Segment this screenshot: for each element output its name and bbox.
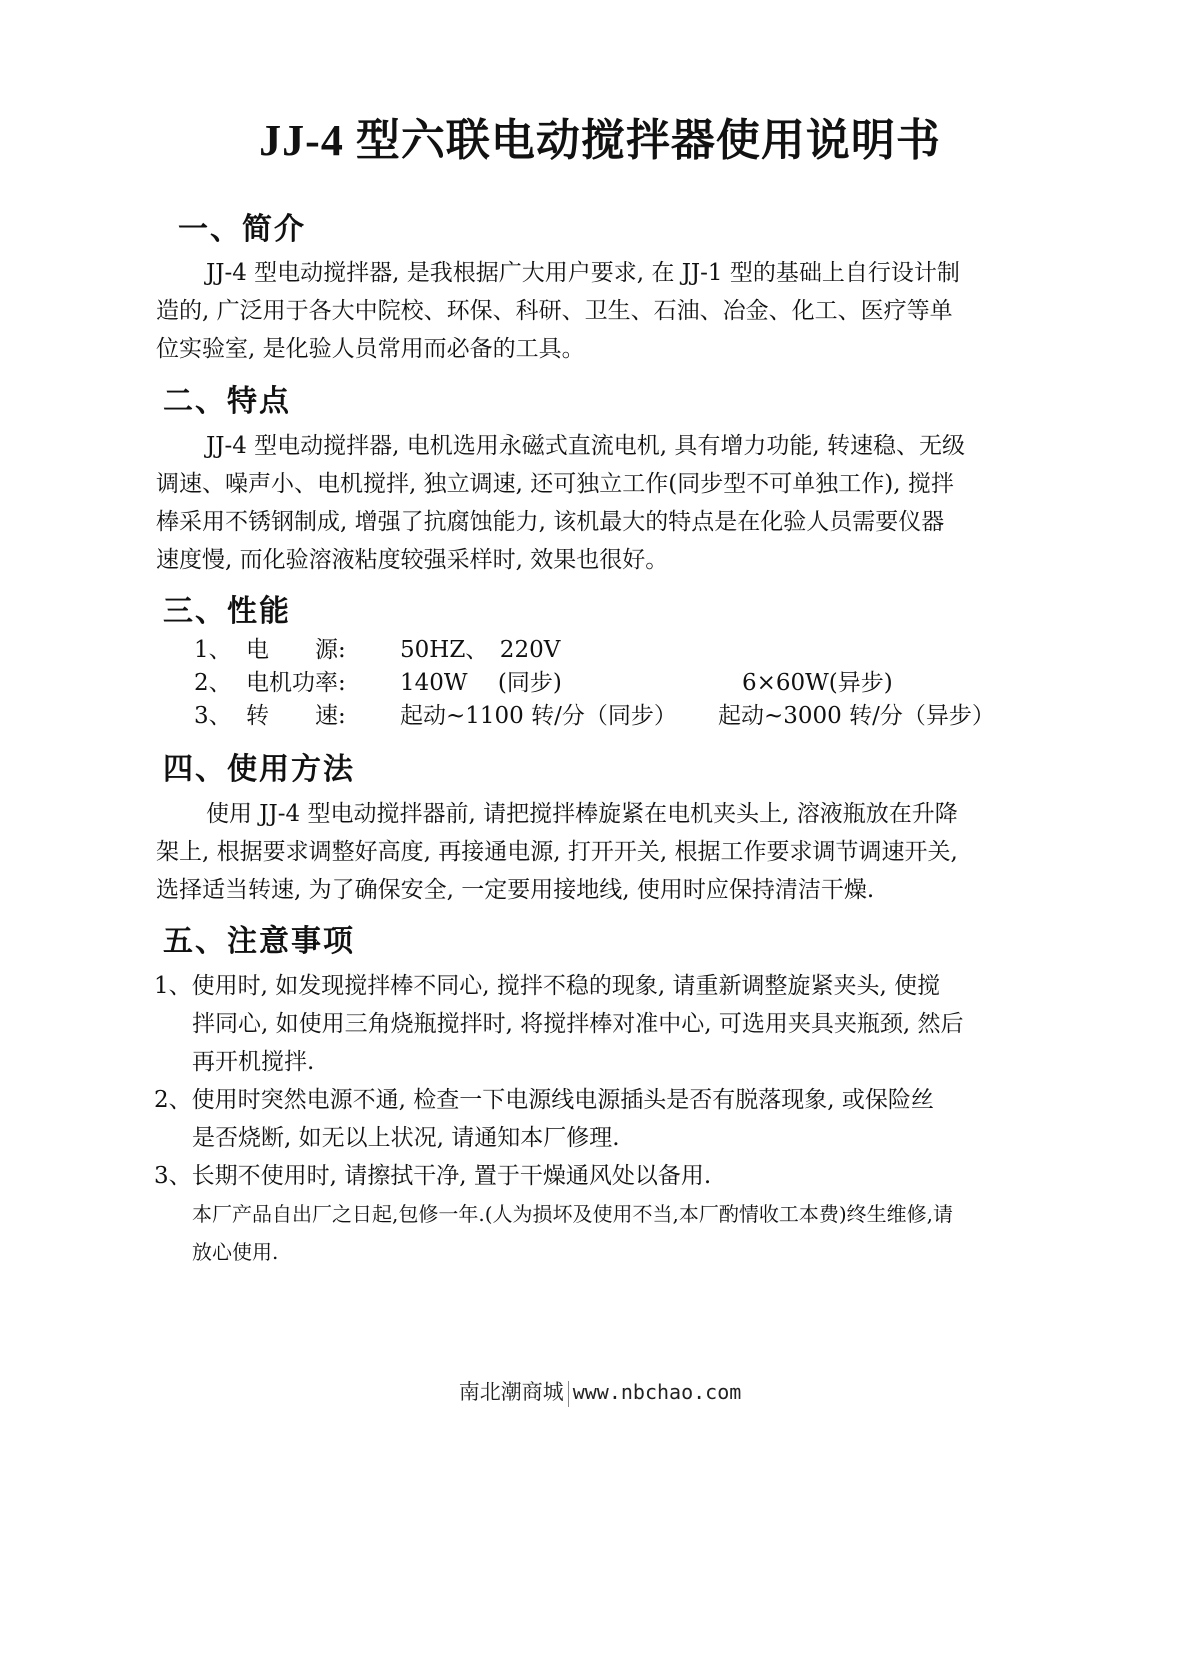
spec-row-speed: 3、 转 速: 起动~1100 转/分（同步） 起动~3000 转/分（异步） (194, 700, 1054, 733)
spec-label: 电 源: (246, 634, 346, 667)
spec-label: 电机功率: (246, 667, 346, 700)
spec-value: 140W (同步) (400, 667, 562, 700)
spec-value: 起动~1100 转/分（同步） (400, 700, 677, 733)
precaution-line: 拌同心, 如使用三角烧瓶搅拌时, 将搅拌棒对准中心, 可选用夹具夹瓶颈, 然后 (154, 1005, 1054, 1043)
paragraph-line: JJ-4 型电动搅拌器, 电机选用永磁式直流电机, 具有增力功能, 转速稳、无级 (156, 427, 1046, 465)
section-body-usage: 使用 JJ-4 型电动搅拌器前, 请把搅拌棒旋紧在电机夹头上, 溶液瓶放在升降 … (156, 795, 1046, 909)
spec-row-motor-power: 2、 电机功率: 140W (同步) 6×60W(异步) (194, 667, 1054, 700)
spec-number: 3、 (194, 700, 232, 733)
manual-page: JJ-4 型六联电动搅拌器使用说明书 一、简介 JJ-4 型电动搅拌器, 是我根… (0, 0, 1200, 1664)
section-heading-precautions: 五、注意事项 (163, 916, 355, 960)
precaution-item-3: 3、长期不使用时, 请擦拭干净, 置于干燥通风处以备用. (154, 1157, 1054, 1195)
precaution-item-1: 1、使用时, 如发现搅拌棒不同心, 搅拌不稳的现象, 请重新调整旋紧夹头, 使搅… (154, 967, 1054, 1081)
warranty-note: 本厂产品自出厂之日起,包修一年.(人为损坏及使用不当,本厂酌情收工本费)终生维修… (154, 1195, 1054, 1271)
footer-divider (568, 1381, 569, 1407)
paragraph-line: 使用 JJ-4 型电动搅拌器前, 请把搅拌棒旋紧在电机夹头上, 溶液瓶放在升降 (156, 795, 1046, 833)
paragraph-line: 位实验室, 是化验人员常用而必备的工具。 (156, 330, 1046, 368)
paragraph-line: 棒采用不锈钢制成, 增强了抗腐蚀能力, 该机最大的特点是在化验人员需要仪器 (156, 503, 1046, 541)
spec-row-power-supply: 1、 电 源: 50HZ、 220V (194, 634, 1054, 667)
paragraph-line: 造的, 广泛用于各大中院校、环保、科研、卫生、石油、冶金、化工、医疗等单 (156, 292, 1046, 330)
section-heading-performance: 三、性能 (163, 586, 291, 630)
precaution-line: 使用时突然电源不通, 检查一下电源线电源插头是否有脱落现象, 或保险丝 (192, 1087, 934, 1113)
precaution-number: 1、 (154, 973, 192, 999)
precaution-number: 2、 (154, 1087, 192, 1113)
spec-value: 50HZ、 220V (400, 634, 560, 667)
spec-number: 1、 (194, 634, 232, 667)
spec-value-alt: 起动~3000 转/分（异步） (718, 700, 995, 733)
precaution-line: 长期不使用时, 请擦拭干净, 置于干燥通风处以备用. (192, 1163, 712, 1189)
section-heading-usage: 四、使用方法 (163, 744, 355, 788)
section-body-features: JJ-4 型电动搅拌器, 电机选用永磁式直流电机, 具有增力功能, 转速稳、无级… (156, 427, 1046, 579)
section-body-intro: JJ-4 型电动搅拌器, 是我根据广大用户要求, 在 JJ-1 型的基础上自行设… (156, 254, 1046, 368)
paragraph-line: 架上, 根据要求调整好高度, 再接通电源, 打开开关, 根据工作要求调节调速开关… (156, 833, 1046, 871)
paragraph-line: 调速、噪声小、电机搅拌, 独立调速, 还可独立工作(同步型不可单独工作), 搅拌 (156, 465, 1046, 503)
spec-value-alt: 6×60W(异步) (742, 667, 893, 700)
footer-url-link[interactable]: www.nbchao.com (573, 1380, 742, 1404)
section-heading-intro: 一、简介 (178, 204, 306, 248)
spec-number: 2、 (194, 667, 232, 700)
spec-table: 1、 电 源: 50HZ、 220V 2、 电机功率: 140W (同步) 6×… (194, 634, 1054, 733)
precautions-list: 1、使用时, 如发现搅拌棒不同心, 搅拌不稳的现象, 请重新调整旋紧夹头, 使搅… (154, 967, 1054, 1271)
precaution-item-2: 2、使用时突然电源不通, 检查一下电源线电源插头是否有脱落现象, 或保险丝 是否… (154, 1081, 1054, 1157)
precaution-line: 是否烧断, 如无以上状况, 请通知本厂修理. (154, 1119, 1054, 1157)
paragraph-line: 速度慢, 而化验溶液粘度较强采样时, 效果也很好。 (156, 541, 1046, 579)
precaution-line: 使用时, 如发现搅拌棒不同心, 搅拌不稳的现象, 请重新调整旋紧夹头, 使搅 (192, 973, 941, 999)
warranty-line: 本厂产品自出厂之日起,包修一年.(人为损坏及使用不当,本厂酌情收工本费)终生维修… (154, 1195, 1054, 1233)
precaution-line: 再开机搅拌. (154, 1043, 1054, 1081)
precaution-number: 3、 (154, 1163, 192, 1189)
paragraph-line: 选择适当转速, 为了确保安全, 一定要用接地线, 使用时应保持清洁干燥. (156, 871, 1046, 909)
spec-label: 转 速: (246, 700, 346, 733)
warranty-line: 放心使用. (154, 1233, 1054, 1271)
footer-brand: 南北潮商城 (459, 1380, 564, 1404)
document-title: JJ-4 型六联电动搅拌器使用说明书 (0, 104, 1200, 168)
paragraph-line: JJ-4 型电动搅拌器, 是我根据广大用户要求, 在 JJ-1 型的基础上自行设… (156, 254, 1046, 292)
footer-watermark: 南北潮商城www.nbchao.com (0, 1376, 1200, 1407)
section-heading-features: 二、特点 (163, 376, 291, 420)
